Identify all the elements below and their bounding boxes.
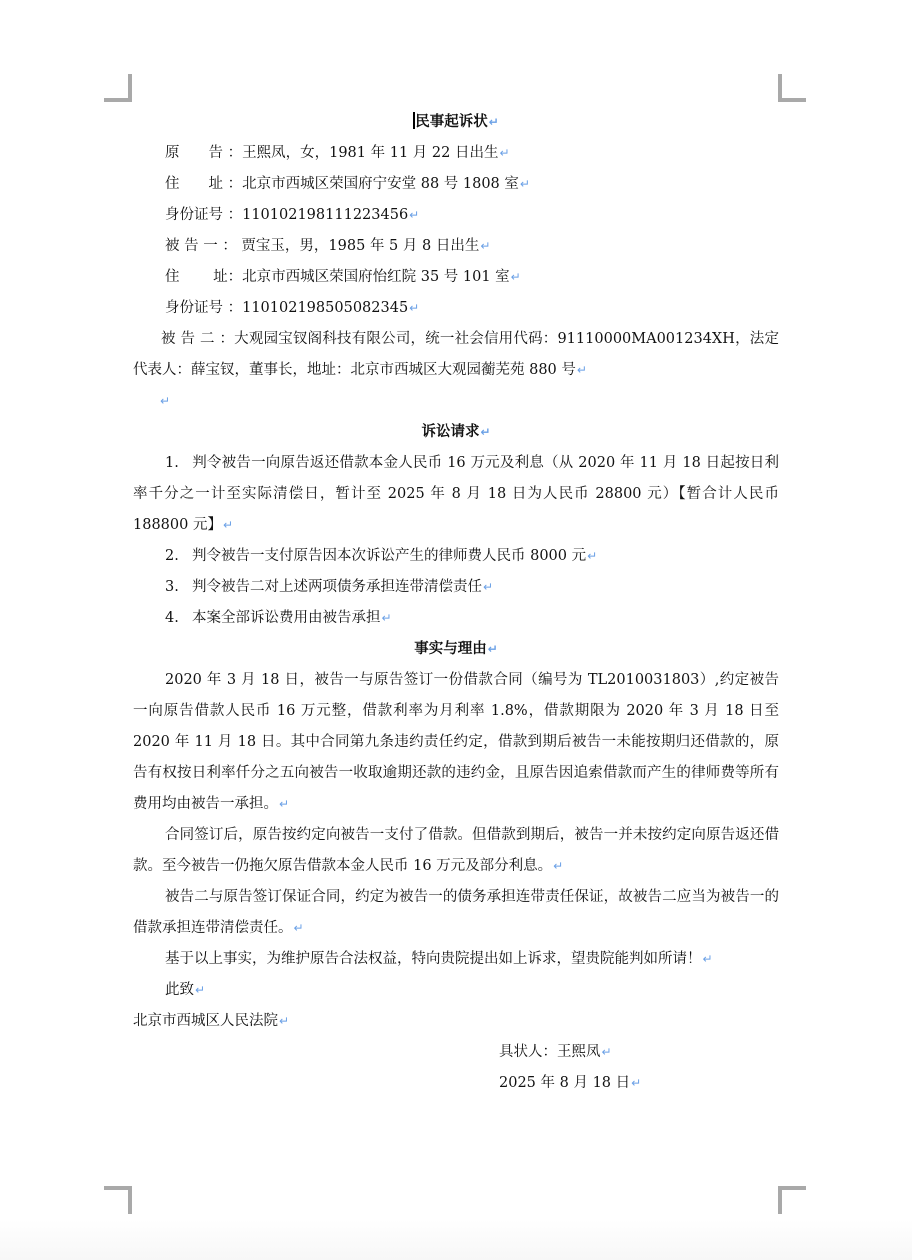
paragraph-mark-icon: ↵	[382, 611, 392, 625]
paragraph-mark-icon: ↵	[483, 580, 493, 594]
facts-paragraph-4: 基于以上事实，为维护原告合法权益，特向贵院提出如上诉求，望贵院能判如所请！↵	[133, 944, 779, 975]
plaintiff-address: 北京市西城区荣国府宁安堂 88 号 1808 室	[242, 176, 519, 192]
document-page[interactable]: 民事起诉状↵ 原 告 ：王熙凤，女，1981 年 11 月 22 日出生↵ 住 …	[133, 107, 779, 1099]
page-corner-mark-top-right	[778, 74, 806, 102]
facts-paragraph-2: 合同签订后，原告按约定向被告一支付了借款。但借款到期后，被告一并未按约定向原告返…	[133, 820, 779, 882]
document-title: 民事起诉状↵	[133, 107, 779, 138]
claim-item-4: 4.本案全部诉讼费用由被告承担↵	[133, 603, 779, 634]
facts-paragraph-1: 2020 年 3 月 18 日，被告一与原告签订一份借款合同（编号为 TL201…	[133, 665, 779, 820]
claim-item-2: 2.判令被告一支付原告因本次诉讼产生的律师费人民币 8000 元↵	[133, 541, 779, 572]
plaintiff-id: 110102198111223456	[242, 207, 408, 223]
claim-number: 1.	[165, 448, 192, 479]
paragraph-mark-icon: ↵	[489, 115, 499, 129]
defendant2-paragraph: 被 告 二 ：大观园宝钗阁科技有限公司，统一社会信用代码：91110000MA0…	[133, 324, 779, 386]
claim-number: 3.	[165, 572, 192, 603]
paragraph-mark-icon: ↵	[703, 952, 713, 966]
paragraph-mark-icon: ↵	[577, 363, 587, 377]
paragraph-mark-icon: ↵	[223, 518, 233, 532]
court-name: 北京市西城区人民法院	[133, 1013, 278, 1029]
defendant1-id: 110102198505082345	[242, 300, 408, 316]
claim-item-1: 1.判令被告一向原告返还借款本金人民币 16 万元及利息（从 2020 年 11…	[133, 448, 779, 541]
plaintiff-value: 王熙凤，女，1981 年 11 月 22 日出生	[242, 145, 498, 161]
claims-heading-text: 诉讼请求	[421, 424, 479, 440]
defendant1-id-line: 身份证号 ：110102198505082345↵	[133, 293, 779, 324]
salutation-line: 此致↵	[133, 975, 779, 1006]
empty-paragraph: ↵	[133, 386, 779, 417]
address-label: 住 址：	[165, 269, 242, 285]
page-corner-mark-bottom-right	[778, 1186, 806, 1214]
plaintiff-line: 原 告 ：王熙凤，女，1981 年 11 月 22 日出生↵	[133, 138, 779, 169]
date-line: 2025 年 8 月 18 日↵	[133, 1068, 779, 1099]
defendant1-address: 北京市西城区荣国府怡红院 35 号 101 室	[242, 269, 510, 285]
facts-text: 基于以上事实，为维护原告合法权益，特向贵院提出如上诉求，望贵院能判如所请！	[165, 951, 702, 967]
signer-line: 具状人：王熙凤↵	[133, 1037, 779, 1068]
defendant1-label: 被 告 一 ：	[165, 238, 237, 254]
paragraph-mark-icon: ↵	[480, 425, 490, 439]
facts-heading: 事实与理由↵	[133, 634, 779, 665]
court-line: 北京市西城区人民法院↵	[133, 1006, 779, 1037]
defendant1-address-line: 住 址：北京市西城区荣国府怡红院 35 号 101 室↵	[133, 262, 779, 293]
claim-number: 2.	[165, 541, 192, 572]
facts-text: 被告二与原告签订保证合同，约定为被告一的债务承担连带责任保证，故被告二应当为被告…	[133, 889, 779, 936]
facts-text: 2020 年 3 月 18 日，被告一与原告签订一份借款合同（编号为 TL201…	[133, 672, 779, 812]
paragraph-mark-icon: ↵	[195, 983, 205, 997]
claim-item-3: 3.判令被告二对上述两项债务承担连带清偿责任↵	[133, 572, 779, 603]
claim-text: 本案全部诉讼费用由被告承担	[192, 610, 381, 626]
paragraph-mark-icon: ↵	[602, 1045, 612, 1059]
address-label: 住 址 ：	[165, 176, 242, 192]
paragraph-mark-icon: ↵	[631, 1076, 641, 1090]
paragraph-mark-icon: ↵	[409, 208, 419, 222]
facts-heading-text: 事实与理由	[414, 641, 487, 657]
paragraph-mark-icon: ↵	[160, 394, 170, 408]
claim-text: 判令被告二对上述两项债务承担连带清偿责任	[192, 579, 482, 595]
title-text: 民事起诉状	[415, 114, 488, 130]
defendant1-line: 被 告 一 ： 贾宝玉，男，1985 年 5 月 8 日出生↵	[133, 231, 779, 262]
paragraph-mark-icon: ↵	[279, 797, 289, 811]
id-label: 身份证号 ：	[165, 300, 242, 316]
page-corner-mark-top-left	[104, 74, 132, 102]
paragraph-mark-icon: ↵	[488, 642, 498, 656]
claim-text: 判令被告一支付原告因本次诉讼产生的律师费人民币 8000 元	[192, 548, 586, 564]
paragraph-mark-icon: ↵	[511, 270, 521, 284]
facts-paragraph-3: 被告二与原告签订保证合同，约定为被告一的债务承担连带责任保证，故被告二应当为被告…	[133, 882, 779, 944]
paragraph-mark-icon: ↵	[587, 549, 597, 563]
paragraph-mark-icon: ↵	[294, 921, 304, 935]
signing-date: 2025 年 8 月 18 日	[499, 1075, 630, 1091]
plaintiff-address-line: 住 址 ：北京市西城区荣国府宁安堂 88 号 1808 室↵	[133, 169, 779, 200]
salutation: 此致	[165, 982, 194, 998]
paragraph-mark-icon: ↵	[409, 301, 419, 315]
claims-heading: 诉讼请求↵	[133, 417, 779, 448]
facts-text: 合同签订后，原告按约定向被告一支付了借款。但借款到期后，被告一并未按约定向原告返…	[133, 827, 779, 874]
claim-number: 4.	[165, 603, 192, 634]
paragraph-mark-icon: ↵	[520, 177, 530, 191]
plaintiff-label: 原 告 ：	[165, 145, 242, 161]
paragraph-mark-icon: ↵	[553, 859, 563, 873]
defendant1-value: 贾宝玉，男，1985 年 5 月 8 日出生	[237, 238, 480, 254]
defendant2-text: 被 告 二 ：大观园宝钗阁科技有限公司，统一社会信用代码：91110000MA0…	[133, 331, 779, 378]
paragraph-mark-icon: ↵	[480, 239, 490, 253]
page-corner-mark-bottom-left	[104, 1186, 132, 1214]
paragraph-mark-icon: ↵	[279, 1014, 289, 1028]
plaintiff-id-line: 身份证号 ：110102198111223456↵	[133, 200, 779, 231]
paragraph-mark-icon: ↵	[499, 146, 509, 160]
signer: 具状人：王熙凤	[499, 1044, 601, 1060]
id-label: 身份证号 ：	[165, 207, 242, 223]
